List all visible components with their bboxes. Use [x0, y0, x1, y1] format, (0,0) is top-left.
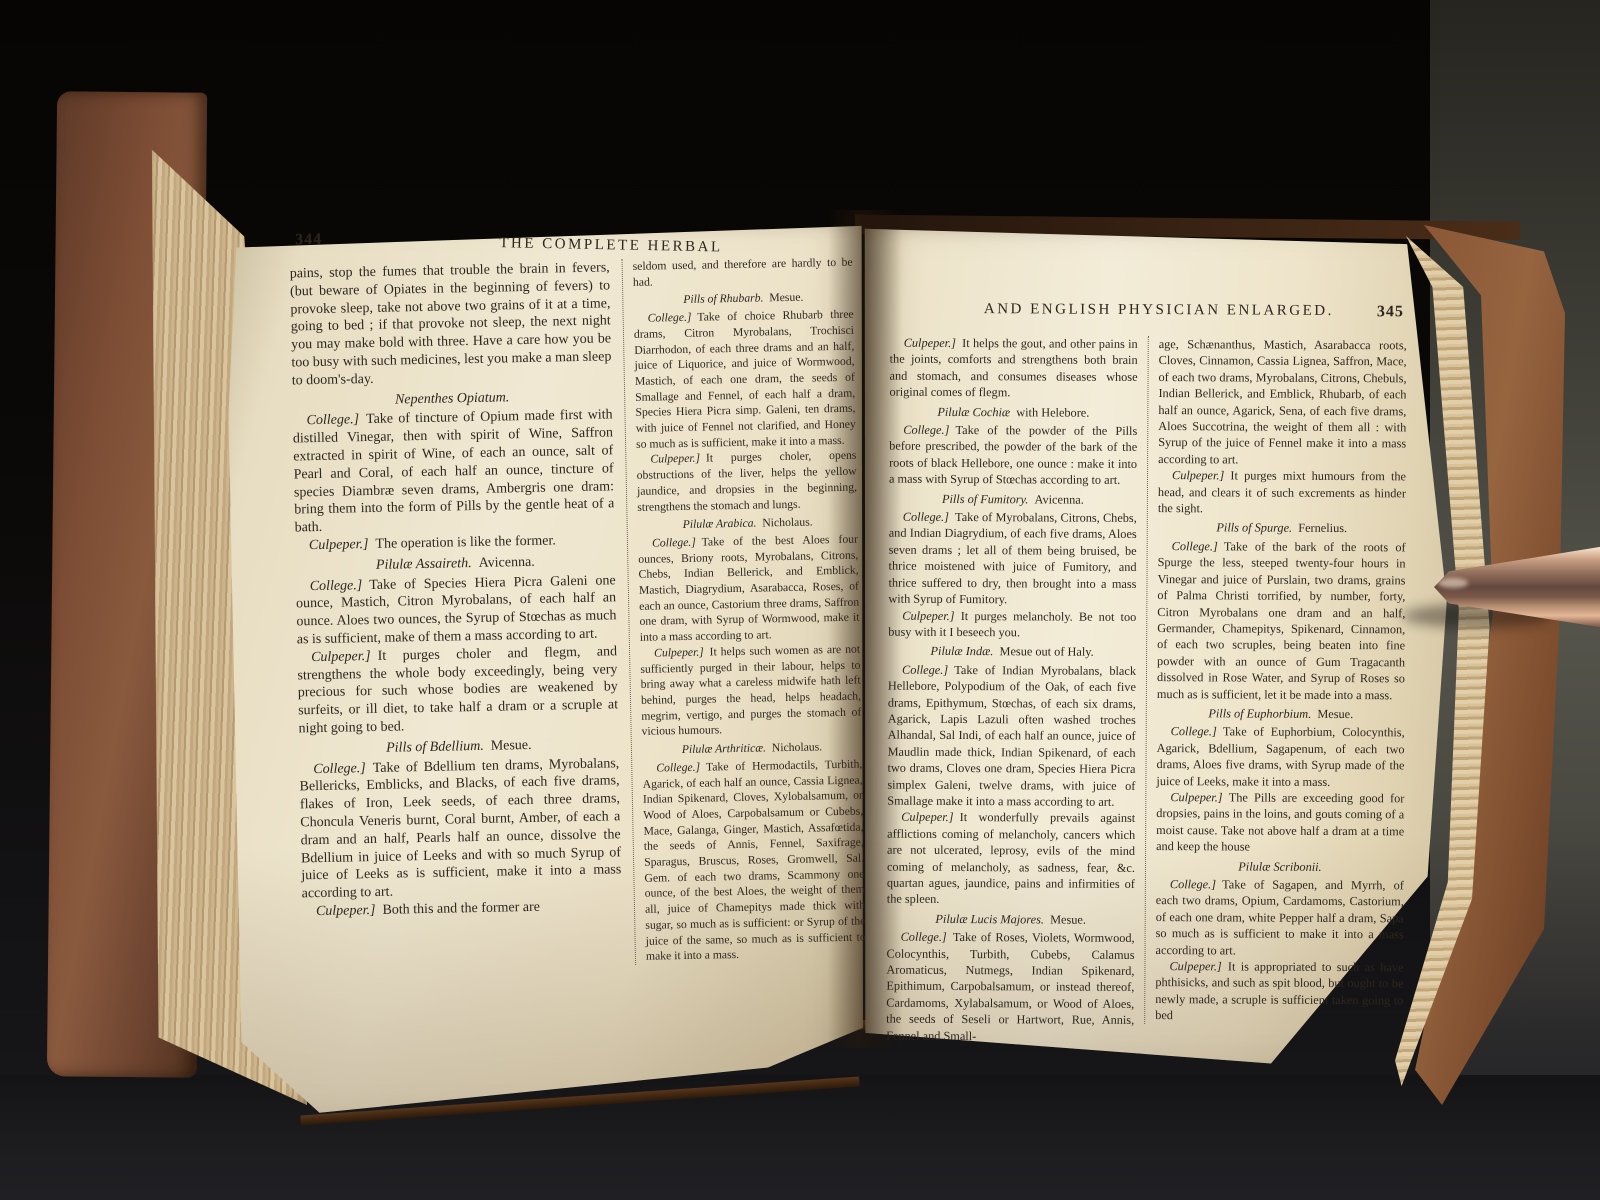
running-header-left: THE COMPLETE HERBAL [499, 235, 723, 256]
paragraph: Culpeper.] It helps such women as are no… [640, 641, 862, 739]
section-heading: Pills of Spurge. Fernelius. [1158, 520, 1406, 538]
section-heading: Pilulæ Arabica. Nicholaus. [638, 514, 858, 534]
left-page-text: 344 THE COMPLETE HERBAL pains, stop the … [289, 221, 869, 972]
paragraph: College.] Take of Bdellium ten drams, My… [299, 755, 622, 903]
paragraph: College.] Take of Sagapen, and Myrrh, of… [1156, 876, 1404, 959]
paragraph: College.] Take of tincture of Opium made… [292, 407, 614, 538]
paragraph: Culpeper.] It purges choler and flegm, a… [297, 643, 619, 738]
pen-tip-glint [1438, 578, 1468, 588]
right-page-header: AND ENGLISH PHYSICIAN ENLARGED. 345 [890, 301, 1410, 338]
paragraph: College.] Take of Indian Myrobalans, bla… [887, 661, 1136, 810]
section-heading: Pilulæ Arthriticæ. Nicholaus. [642, 739, 862, 759]
right-page-column-2: age, Schænanthus, Mastich, Asarabacca ro… [1144, 336, 1407, 1025]
page-number-left: 344 [295, 231, 322, 250]
left-page-column-1: pains, stop the fumes that trouble the b… [290, 259, 635, 921]
paragraph: Culpeper.] It is appropriated to such as… [1155, 958, 1403, 1025]
paragraph: seldom used, and therefore are hardly to… [633, 255, 854, 291]
paragraph: College.] Take of the best Aloes four ou… [638, 532, 860, 646]
paragraph: College.] Take of Euphorbium, Colocynthi… [1156, 723, 1404, 790]
section-heading: Pills of Fumitory. Avicenna. [889, 490, 1137, 508]
paragraph: Culpeper.] It purges mixt humours from t… [1158, 467, 1406, 518]
running-header-right: AND ENGLISH PHYSICIAN ENLARGED. [984, 301, 1334, 320]
paragraph: Culpeper.] It purges melancholy. Be not … [888, 607, 1136, 641]
section-heading: Pilulæ Lucis Majores. Mesue. [887, 910, 1135, 928]
section-heading: Pills of Rhubarb. Mesue. [633, 289, 853, 309]
paragraph: College.] Take of Myrobalans, Citrons, C… [888, 509, 1137, 609]
left-page-column-2: seldom used, and therefore are hardly to… [622, 255, 867, 965]
paragraph: College.] Take of Roses, Violets, Wormwo… [886, 929, 1135, 1045]
paragraph: College.] Take of Hermodactils, Turbith,… [642, 756, 866, 964]
paragraph: Culpeper.] It wonderfully prevails again… [887, 809, 1136, 909]
paragraph: College.] Take of Species Hiera Picra Ga… [296, 572, 617, 649]
right-page-column-1: Culpeper.] It helps the gout, and other … [886, 335, 1148, 1045]
section-heading: Pilulæ Cochiæ with Helebore. [889, 403, 1137, 421]
paragraph: Culpeper.] The Pills are exceeding good … [1156, 789, 1404, 856]
section-heading: Pilulæ Indæ. Mesue out of Haly. [888, 643, 1136, 661]
section-heading: Pilulæ Scribonii. [1156, 858, 1404, 876]
paragraph: pains, stop the fumes that trouble the b… [290, 259, 612, 390]
paragraph: Culpeper.] It purges choler, opens obstr… [636, 448, 857, 515]
paragraph: College.] Take of the bark of the roots … [1157, 538, 1406, 703]
background-bottom [0, 1075, 1600, 1200]
right-page-text: AND ENGLISH PHYSICIAN ENLARGED. 345 Culp… [886, 301, 1410, 1047]
paragraph: age, Schænanthus, Mastich, Asarabacca ro… [1158, 336, 1407, 469]
section-heading: Pills of Euphorbium. Mesue. [1157, 705, 1405, 723]
page-number-right: 345 [1377, 303, 1404, 321]
paragraph: College.] Take of choice Rhubarb three d… [634, 307, 857, 453]
paragraph: College.] Take of the powder of the Pill… [889, 422, 1137, 489]
paragraph: Culpeper.] It helps the gout, and other … [889, 335, 1137, 402]
